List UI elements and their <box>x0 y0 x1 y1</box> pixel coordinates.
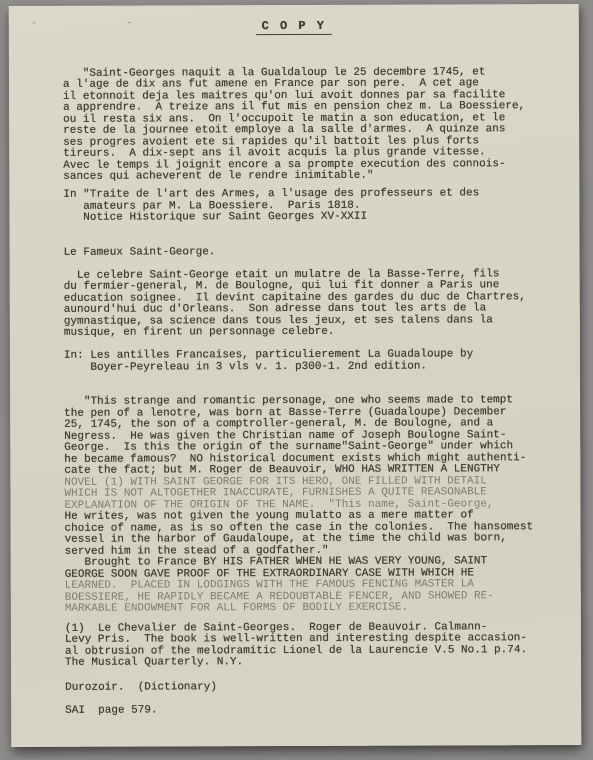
citation-traite-de-l-art-des-armes: In "Traite de l'art des Armes, a l'usage… <box>63 188 565 224</box>
text-line: musique, en firent un personnage celebre… <box>64 326 566 339</box>
typed-text: "Saint-Georges naquit a la Gualdaloup le… <box>63 67 567 717</box>
pencil-marks: - - <box>31 18 137 30</box>
footnote-1: (1) Le Chevalier de Saint-Georges. Roger… <box>65 622 567 670</box>
source-durozoir: Durozoir. (Dictionary) <box>65 681 567 694</box>
text-line: Le Fameux Saint-George. <box>64 246 566 259</box>
text-line: Durozoir. (Dictionary) <box>65 681 567 694</box>
typewritten-page: - - C O P Y "Saint-Georges naquit a la G… <box>9 4 582 747</box>
text-line: MARKABLE ENDOWMENT FOR ALL FORMS OF BODI… <box>65 602 567 615</box>
text-line: The Musical Quarterly. N.Y. <box>65 656 567 669</box>
text-line: Boyer-Peyreleau in 3 vls v. 1. p300-1. 2… <box>64 361 566 374</box>
citation-les-antilles-francaises: In: Les antilles Francaises, particulier… <box>64 349 566 374</box>
photo-backdrop: - - C O P Y "Saint-Georges naquit a la G… <box>0 0 593 760</box>
text-line: SAI page 579. <box>65 704 567 717</box>
french-paragraph-le-celebre: Le celebre Saint-George etait un mulatre… <box>64 269 566 340</box>
source-sai-page: SAI page 579. <box>65 704 567 717</box>
french-quote-paragraph: "Saint-Georges naquit a la Gualdaloup le… <box>63 67 565 184</box>
text-line: Notice Historique sur Saint Georges XV-X… <box>63 211 565 224</box>
page-title-text: C O P Y <box>256 19 332 35</box>
heading-le-fameux-saint-george: Le Fameux Saint-George. <box>64 246 566 259</box>
text-line: sances qui acheverent de le rendre inimi… <box>63 170 565 183</box>
english-quote-paragraph: "This strange and romantic personage, on… <box>64 395 567 615</box>
